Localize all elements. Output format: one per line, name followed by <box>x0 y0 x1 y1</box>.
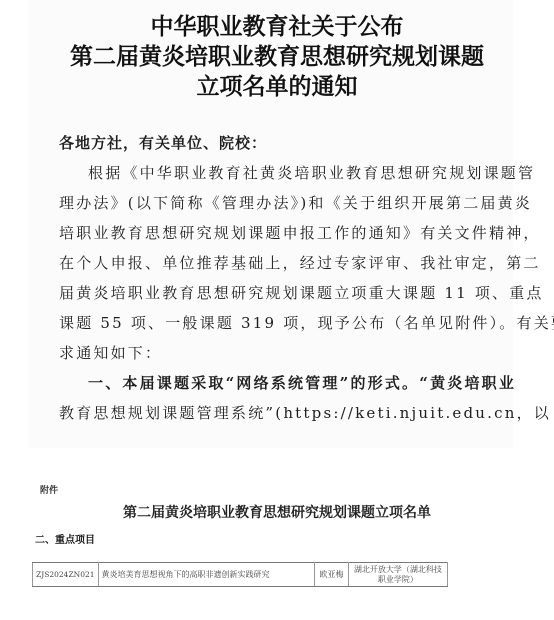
project-title-cell: 黄炎培美育思想视角下的高职非遗创新实践研究 <box>98 563 315 587</box>
project-table: ZJS2024ZN021 黄炎培美育思想视角下的高职非遗创新实践研究 欧亚梅 湖… <box>32 562 448 587</box>
section-title: 二、重点项目 <box>35 531 95 546</box>
notice-title-line-3: 立项名单的通知 <box>0 72 554 102</box>
body-line-9: 教育思想规划课题管理系统”(https://keti.njuit.edu.cn，… <box>59 403 499 423</box>
notice-title-line-2: 第二届黄炎培职业教育思想研究规划课题 <box>0 42 554 72</box>
project-id-cell: ZJS2024ZN021 <box>33 563 99 587</box>
body-line-6: 课题 55 项、一般课题 319 项，现予公布（名单见附件）。有关要 <box>59 313 499 333</box>
salutation: 各地方社，有关单位、院校： <box>59 133 499 153</box>
attachment-title: 第二届黄炎培职业教育思想研究规划课题立项名单 <box>0 502 554 522</box>
notice-title-line-1: 中华职业教育社关于公布 <box>0 12 554 42</box>
project-org-cell: 湖北开放大学（湖北科技职业学院） <box>348 563 447 587</box>
body-line-7: 求通知如下： <box>59 343 499 363</box>
body-line-1: 根据《中华职业教育社黄炎培职业教育思想研究规划课题管 <box>88 163 528 183</box>
body-line-4: 在个人申报、单位推荐基础上，经过专家评审、我社审定，第二 <box>59 253 499 273</box>
table-row: ZJS2024ZN021 黄炎培美育思想视角下的高职非遗创新实践研究 欧亚梅 湖… <box>33 563 448 587</box>
project-leader-cell: 欧亚梅 <box>315 563 348 587</box>
attachment-label: 附件 <box>40 483 58 496</box>
body-line-3: 培职业教育思想研究规划课题申报工作的通知》有关文件精神， <box>59 223 499 243</box>
body-line-5: 届黄炎培职业教育思想研究规划课题立项重大课题 11 项、重点 <box>59 283 499 303</box>
body-line-8: 一、本届课题采取“网络系统管理”的形式。“黄炎培职业 <box>88 373 528 393</box>
body-line-2: 理办法》(以下简称《管理办法》)和《关于组织开展第二届黄炎 <box>59 193 499 213</box>
